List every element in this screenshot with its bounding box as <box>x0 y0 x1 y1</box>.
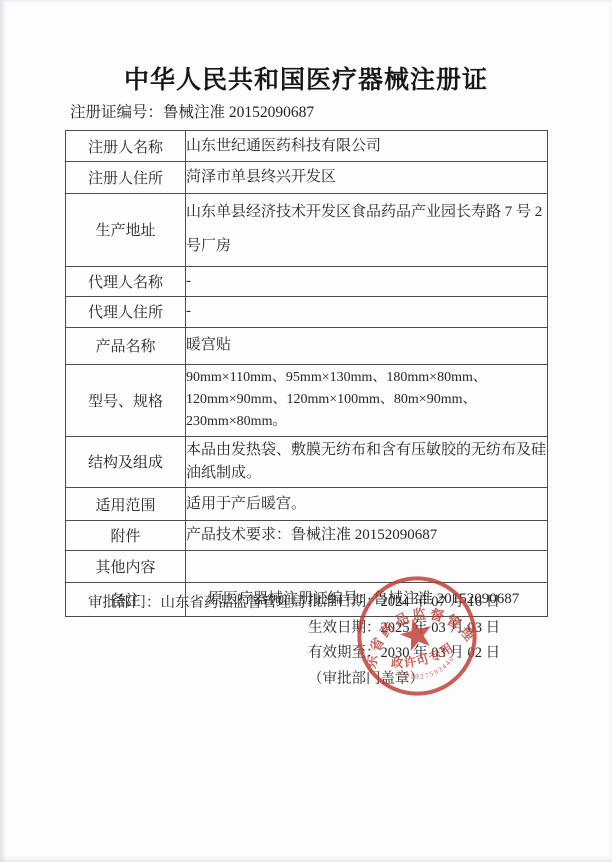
approval-department: 审批部门：山东省药品监督管理局 <box>88 591 306 612</box>
table-row: 附件 产品技术要求：鲁械注准 20152090687 <box>66 521 548 551</box>
row-value: - <box>186 266 548 296</box>
dates-block: 批准日期：2024 年 07 月 16 日 生效日期：2025 年 03 月 0… <box>308 590 500 692</box>
seal-caption: （审批部门盖章） <box>308 667 500 693</box>
row-value: - <box>186 296 548 327</box>
row-label: 代理人住所 <box>66 296 186 327</box>
table-row: 注册人名称 山东世纪通医药科技有限公司 <box>66 131 548 162</box>
row-label: 其他内容 <box>66 551 186 583</box>
row-value <box>186 551 548 583</box>
row-value: 山东世纪通医药科技有限公司 <box>186 131 548 162</box>
certificate-table: 注册人名称 山东世纪通医药科技有限公司 注册人住所 菏泽市单县终兴开发区 生产地… <box>65 130 548 617</box>
row-value: 产品技术要求：鲁械注准 20152090687 <box>186 521 548 551</box>
row-value: 山东单县经济技术开发区食品药品产业园长寿路 7 号 2 号厂房 <box>186 194 548 267</box>
row-label: 生产地址 <box>66 194 186 267</box>
row-label: 附件 <box>66 521 186 551</box>
table-row: 注册人住所 菏泽市单县终兴开发区 <box>66 162 548 194</box>
certificate-page: 中华人民共和国医疗器械注册证 注册证编号：鲁械注准 20152090687 注册… <box>0 0 612 862</box>
table-row: 生产地址 山东单县经济技术开发区食品药品产业园长寿路 7 号 2 号厂房 <box>66 194 548 267</box>
row-label: 型号、规格 <box>66 364 186 436</box>
table-row: 代理人住所 - <box>66 296 548 327</box>
table-row: 结构及组成 本品由发热袋、敷膜无纺布和含有压敏胶的无纺布及硅油纸制成。 <box>66 436 548 488</box>
approval-date: 批准日期：2024 年 07 月 16 日 <box>308 590 500 616</box>
row-label: 适用范围 <box>66 488 186 521</box>
row-value: 暖宫贴 <box>186 327 548 364</box>
row-value: 菏泽市单县终兴开发区 <box>186 162 548 194</box>
registration-number-line: 注册证编号：鲁械注准 20152090687 <box>70 100 314 122</box>
row-label: 注册人名称 <box>66 131 186 162</box>
table-row: 适用范围 适用于产后暖宫。 <box>66 488 548 521</box>
row-label: 产品名称 <box>66 327 186 364</box>
effective-date: 生效日期：2025 年 03 月 03 日 <box>308 616 500 642</box>
table-row: 产品名称 暖宫贴 <box>66 327 548 364</box>
table-row: 型号、规格 90mm×110mm、95mm×130mm、180mm×80mm、1… <box>66 364 548 436</box>
row-value: 本品由发热袋、敷膜无纺布和含有压敏胶的无纺布及硅油纸制成。 <box>186 436 548 488</box>
table-row: 代理人名称 - <box>66 266 548 296</box>
table-row: 其他内容 <box>66 551 548 583</box>
row-value: 90mm×110mm、95mm×130mm、180mm×80mm、120mm×9… <box>186 364 548 436</box>
row-label: 结构及组成 <box>66 436 186 488</box>
certificate-title: 中华人民共和国医疗器械注册证 <box>0 60 612 96</box>
row-value: 适用于产后暖宫。 <box>186 488 548 521</box>
row-label: 注册人住所 <box>66 162 186 194</box>
row-label: 代理人名称 <box>66 266 186 296</box>
expiry-date: 有效期至：2030 年 03 月 02 日 <box>308 641 500 667</box>
